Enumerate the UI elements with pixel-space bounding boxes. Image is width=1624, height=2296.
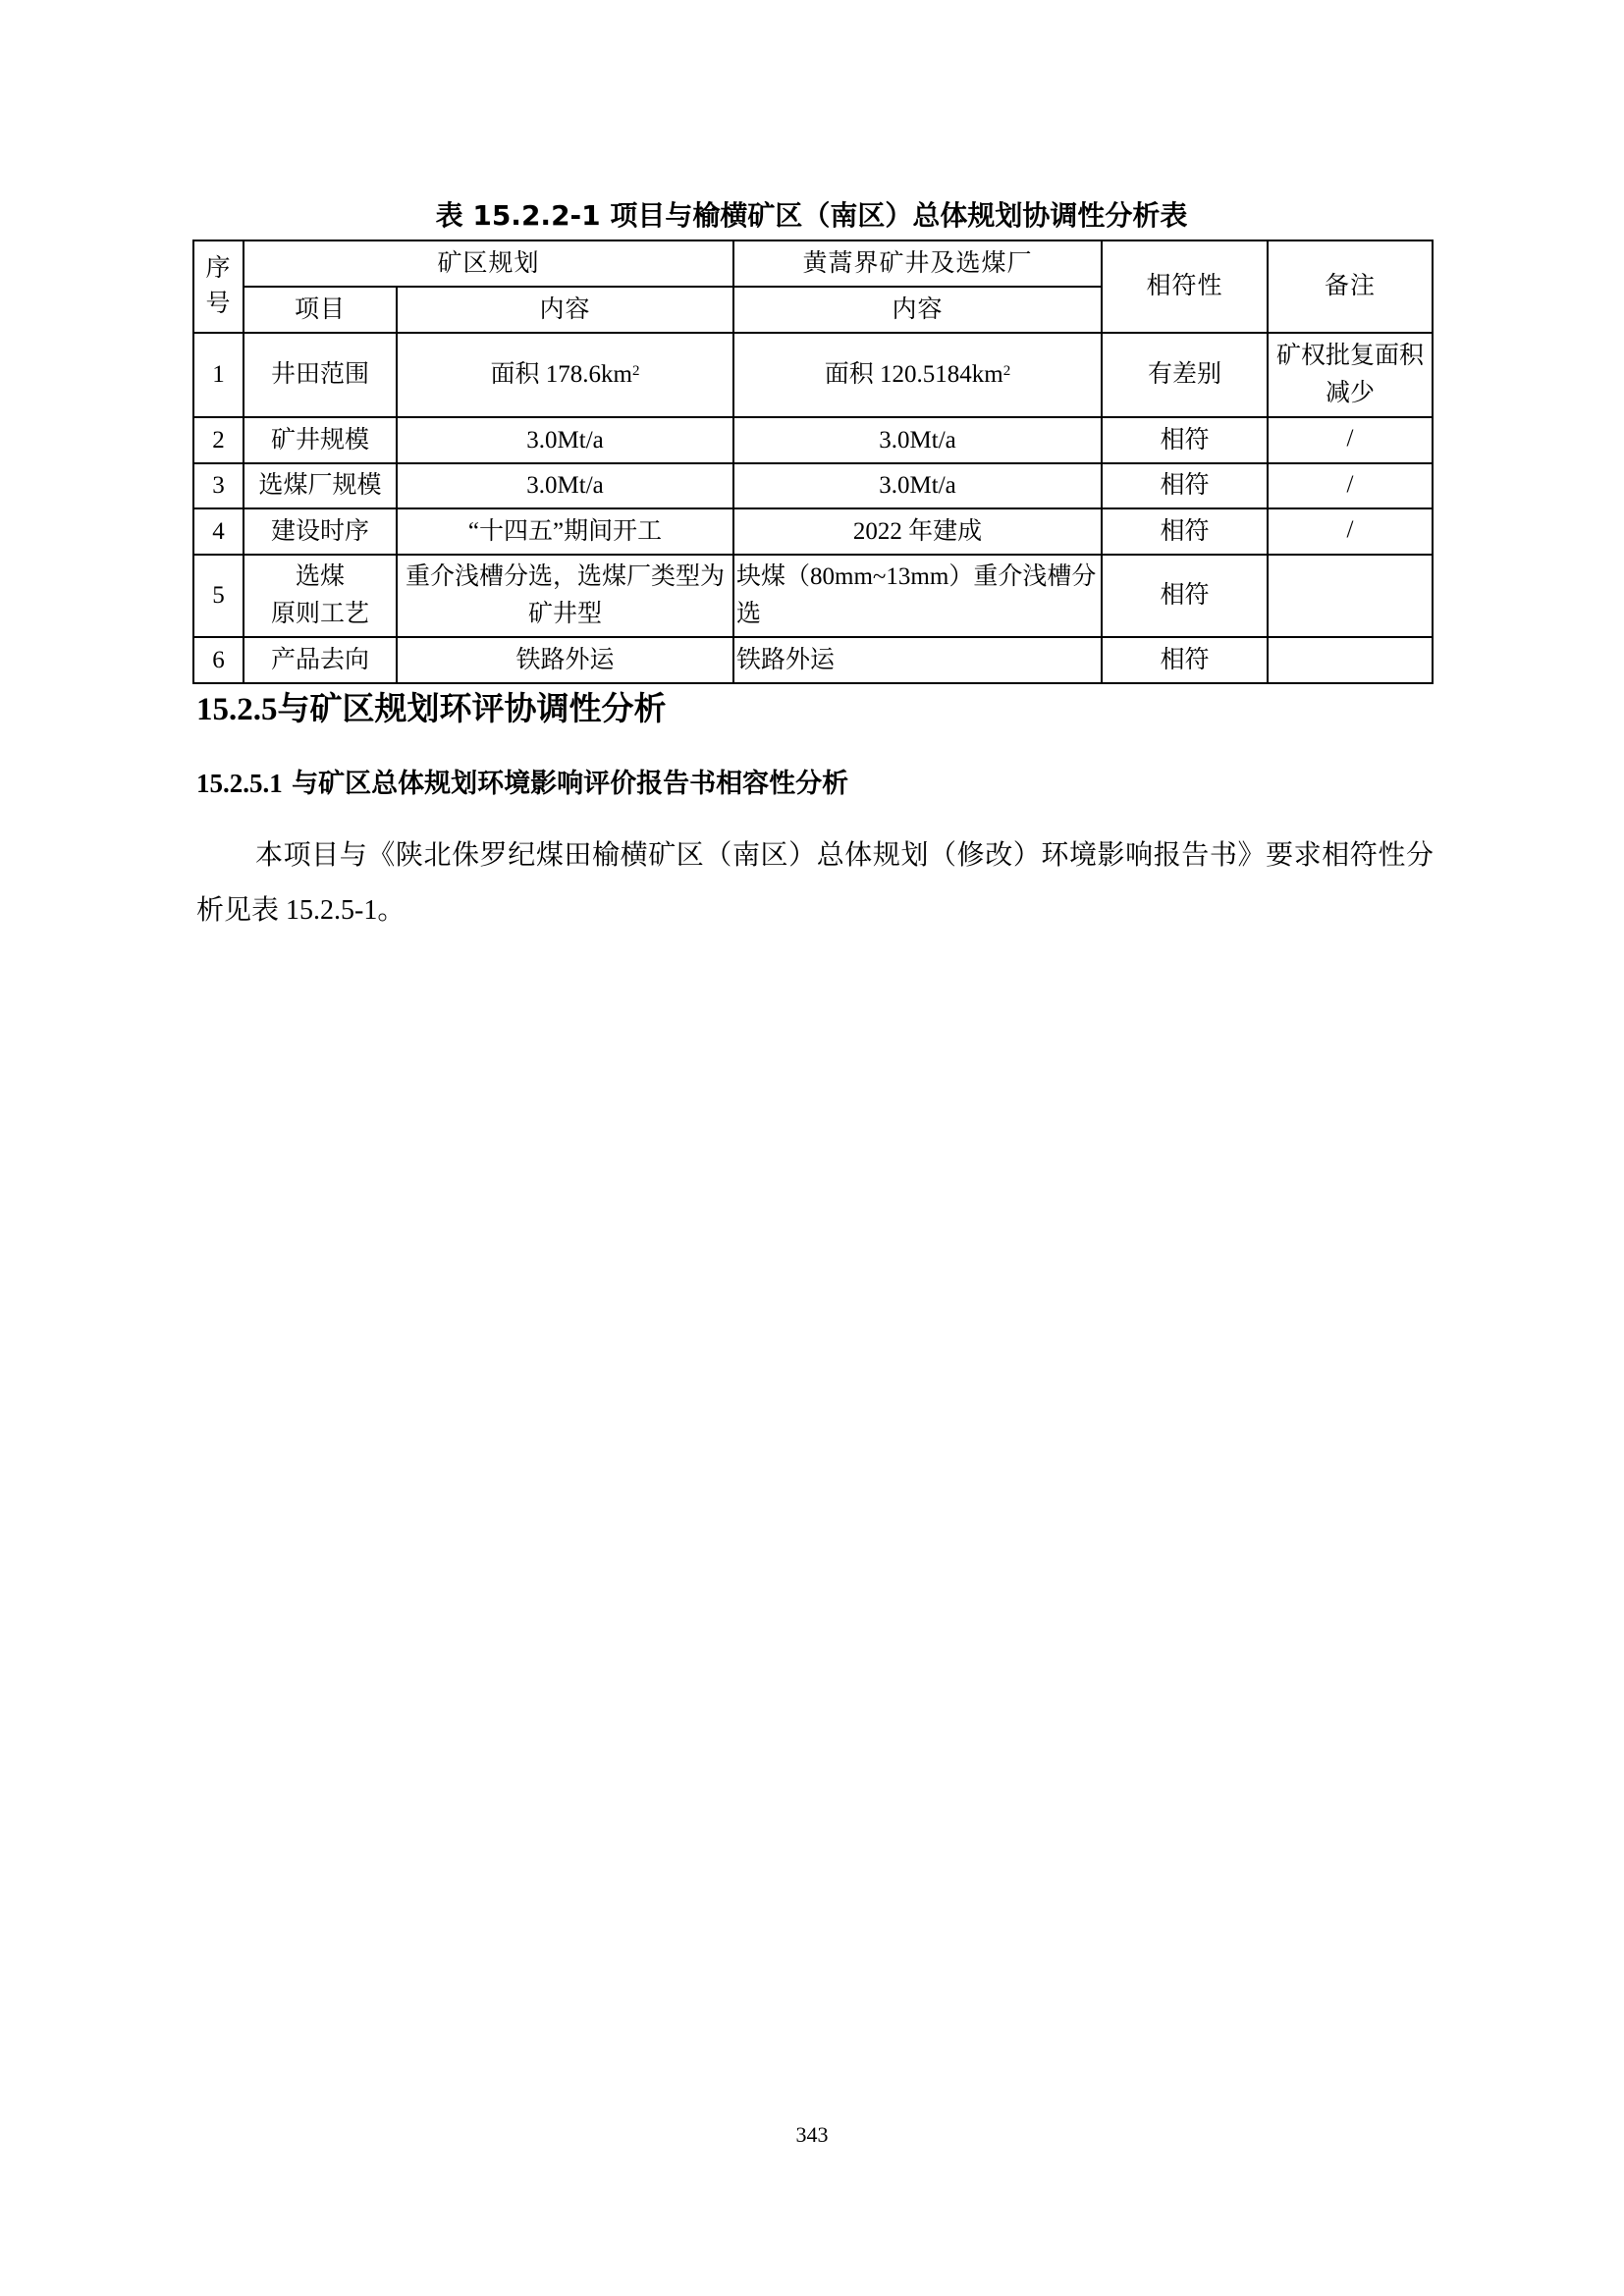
header-group-project: 黄蒿界矿井及选煤厂 — [733, 240, 1102, 287]
cell-project-content: 3.0Mt/a — [733, 417, 1102, 463]
header-item: 项目 — [244, 287, 397, 333]
cell-plan-content: 重介浅槽分选，选煤厂类型为矿井型 — [397, 555, 733, 637]
cell-seq: 6 — [193, 637, 244, 683]
cell-conformity: 相符 — [1102, 417, 1268, 463]
cell-conformity: 相符 — [1102, 508, 1268, 555]
page-number: 343 — [0, 2122, 1624, 2148]
cell-seq: 3 — [193, 463, 244, 508]
header-seq: 序号 — [193, 240, 244, 333]
cell-conformity: 相符 — [1102, 463, 1268, 508]
table-row: 1 井田范围 面积 178.6km2 面积 120.5184km2 有差别 矿权… — [193, 333, 1433, 417]
cell-remarks — [1268, 555, 1433, 637]
subsection-title: 与矿区总体规划环境影响评价报告书相容性分析 — [283, 769, 848, 799]
section-heading: 15.2.5与矿区规划环评协调性分析 — [196, 687, 667, 731]
cell-remarks: / — [1268, 417, 1433, 463]
cell-plan-content: 面积 178.6km2 — [397, 333, 733, 417]
cell-item: 井田范围 — [244, 333, 397, 417]
cell-conformity: 相符 — [1102, 637, 1268, 683]
cell-conformity: 有差别 — [1102, 333, 1268, 417]
table-row: 3 选煤厂规模 3.0Mt/a 3.0Mt/a 相符 / — [193, 463, 1433, 508]
cell-remarks: / — [1268, 508, 1433, 555]
cell-remarks: 矿权批复面积减少 — [1268, 333, 1433, 417]
cell-seq: 5 — [193, 555, 244, 637]
cell-remarks: / — [1268, 463, 1433, 508]
cell-plan-content: 铁路外运 — [397, 637, 733, 683]
table-row: 5 选煤原则工艺 重介浅槽分选，选煤厂类型为矿井型 块煤（80mm~13mm）重… — [193, 555, 1433, 637]
cell-project-content: 铁路外运 — [733, 637, 1102, 683]
section-title: 与矿区规划环评协调性分析 — [278, 689, 667, 727]
cell-plan-content: 3.0Mt/a — [397, 463, 733, 508]
cell-project-content: 2022 年建成 — [733, 508, 1102, 555]
cell-item: 产品去向 — [244, 637, 397, 683]
header-plan-content: 内容 — [397, 287, 733, 333]
table-row: 2 矿井规模 3.0Mt/a 3.0Mt/a 相符 / — [193, 417, 1433, 463]
section-number: 15.2.5 — [196, 692, 278, 727]
compatibility-table: 序号 矿区规划 黄蒿界矿井及选煤厂 相符性 备注 项目 内容 内容 1 井田范围… — [192, 240, 1434, 684]
cell-conformity: 相符 — [1102, 555, 1268, 637]
cell-seq: 2 — [193, 417, 244, 463]
body-paragraph: 本项目与《陕北侏罗纪煤田榆横矿区（南区）总体规划（修改）环境影响报告书》要求相符… — [196, 828, 1434, 938]
cell-plan-content: 3.0Mt/a — [397, 417, 733, 463]
subsection-number: 15.2.5.1 — [196, 769, 283, 798]
cell-remarks — [1268, 637, 1433, 683]
cell-seq: 1 — [193, 333, 244, 417]
table-row: 6 产品去向 铁路外运 铁路外运 相符 — [193, 637, 1433, 683]
header-conformity: 相符性 — [1102, 240, 1268, 333]
cell-seq: 4 — [193, 508, 244, 555]
cell-plan-content: “十四五”期间开工 — [397, 508, 733, 555]
cell-item: 选煤厂规模 — [244, 463, 397, 508]
header-group-plan: 矿区规划 — [244, 240, 733, 287]
table-caption: 表 15.2.2-1 项目与榆横矿区（南区）总体规划协调性分析表 — [192, 198, 1431, 234]
header-project-content: 内容 — [733, 287, 1102, 333]
cell-project-content: 3.0Mt/a — [733, 463, 1102, 508]
subsection-heading: 15.2.5.1 与矿区总体规划环境影响评价报告书相容性分析 — [196, 766, 848, 802]
cell-item: 矿井规模 — [244, 417, 397, 463]
cell-project-content: 面积 120.5184km2 — [733, 333, 1102, 417]
cell-item: 建设时序 — [244, 508, 397, 555]
header-remarks: 备注 — [1268, 240, 1433, 333]
cell-project-content: 块煤（80mm~13mm）重介浅槽分选 — [733, 555, 1102, 637]
table-row: 4 建设时序 “十四五”期间开工 2022 年建成 相符 / — [193, 508, 1433, 555]
cell-item: 选煤原则工艺 — [244, 555, 397, 637]
table-header-row: 序号 矿区规划 黄蒿界矿井及选煤厂 相符性 备注 — [193, 240, 1433, 287]
